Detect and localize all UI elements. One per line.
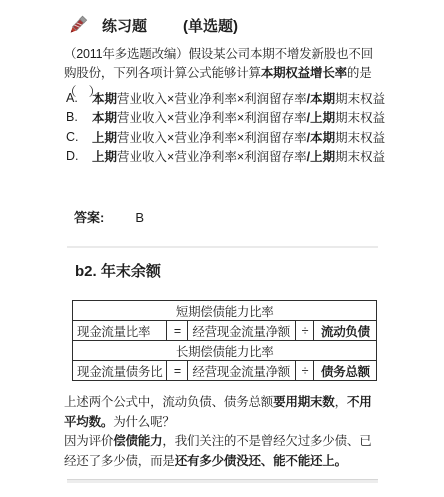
option-text: 本期营业收入×营业净利率×利润留存率/本期期末权益 (92, 89, 385, 107)
ratio-name-cell: 现金流量比率 (73, 321, 167, 341)
divide-sign-cell: ÷ (296, 361, 314, 381)
numerator-cell: 经营现金流量净额 (188, 361, 296, 381)
option-row-c: C. 上期营业收入×营业净利率×利润留存率/本期期末权益 (66, 127, 385, 147)
question-type-label: (单选题) (183, 15, 238, 36)
table-section-header-row: 长期偿债能力比率 (73, 341, 377, 361)
section-divider (67, 246, 378, 248)
option-row-d: D. 上期营业收入×营业净利率×利润留存率/上期期末权益 (66, 147, 385, 167)
option-text: 上期营业收入×营业净利率×利润留存率/本期期末权益 (92, 128, 385, 146)
equals-sign-cell: = (167, 321, 188, 341)
notes-paragraph-1: 上述两个公式中，流动负债、债务总额要用期末数，不用平均数。为什么呢？ (64, 393, 380, 432)
option-text: 本期营业收入×营业净利率×利润留存率/上期期末权益 (92, 108, 385, 126)
option-letter: D. (66, 149, 92, 163)
answer-row: 答案:B (74, 207, 144, 226)
short-term-header: 短期偿债能力比率 (73, 301, 377, 321)
denominator-cell: 流动负债 (314, 321, 377, 341)
option-row-a: A. 本期营业收入×营业净利率×利润留存率/本期期末权益 (66, 88, 385, 108)
long-term-header: 长期偿债能力比率 (73, 341, 377, 361)
subsection-heading: b2. 年末余额 (75, 260, 161, 281)
answer-value: B (135, 210, 144, 225)
pencil-icon (66, 13, 90, 37)
equals-sign-cell: = (167, 361, 188, 381)
option-text: 上期营业收入×营业净利率×利润留存率/上期期末权益 (92, 147, 385, 165)
ratio-name-cell: 现金流量债务比 (73, 361, 167, 381)
answer-label: 答案: (74, 210, 104, 225)
table-row: 现金流量比率 = 经营现金流量净额 ÷ 流动负债 (73, 321, 377, 341)
option-row-b: B. 本期营业收入×营业净利率×利润留存率/上期期末权益 (66, 108, 385, 128)
question-text-bold: 本期权益增长率 (261, 66, 347, 80)
table-section-header-row: 短期偿债能力比率 (73, 301, 377, 321)
denominator-cell: 债务总额 (314, 361, 377, 381)
divide-sign-cell: ÷ (296, 321, 314, 341)
option-letter: A. (66, 91, 92, 105)
document-page: 练习题 (单选题) （2011年多选题改编）假设某公司本期不增发新股也不回购股份… (0, 0, 444, 497)
option-letter: C. (66, 130, 92, 144)
option-letter: B. (66, 110, 92, 124)
practice-title: 练习题 (102, 15, 147, 36)
practice-header: 练习题 (单选题) (66, 13, 238, 37)
bottom-divider (67, 479, 378, 483)
solvency-ratio-table: 短期偿债能力比率 现金流量比率 = 经营现金流量净额 ÷ 流动负债 长期偿债能力… (72, 300, 377, 381)
table-row: 现金流量债务比 = 经营现金流量净额 ÷ 债务总额 (73, 361, 377, 381)
notes-paragraph-2: 因为评价偿债能力，我们关注的不是曾经欠过多少债、已经还了多少债，而是还有多少债没… (64, 432, 380, 471)
option-list: A. 本期营业收入×营业净利率×利润留存率/本期期末权益 B. 本期营业收入×营… (66, 88, 385, 166)
notes-block: 上述两个公式中，流动负债、债务总额要用期末数，不用平均数。为什么呢？ 因为评价偿… (64, 393, 380, 471)
numerator-cell: 经营现金流量净额 (188, 321, 296, 341)
